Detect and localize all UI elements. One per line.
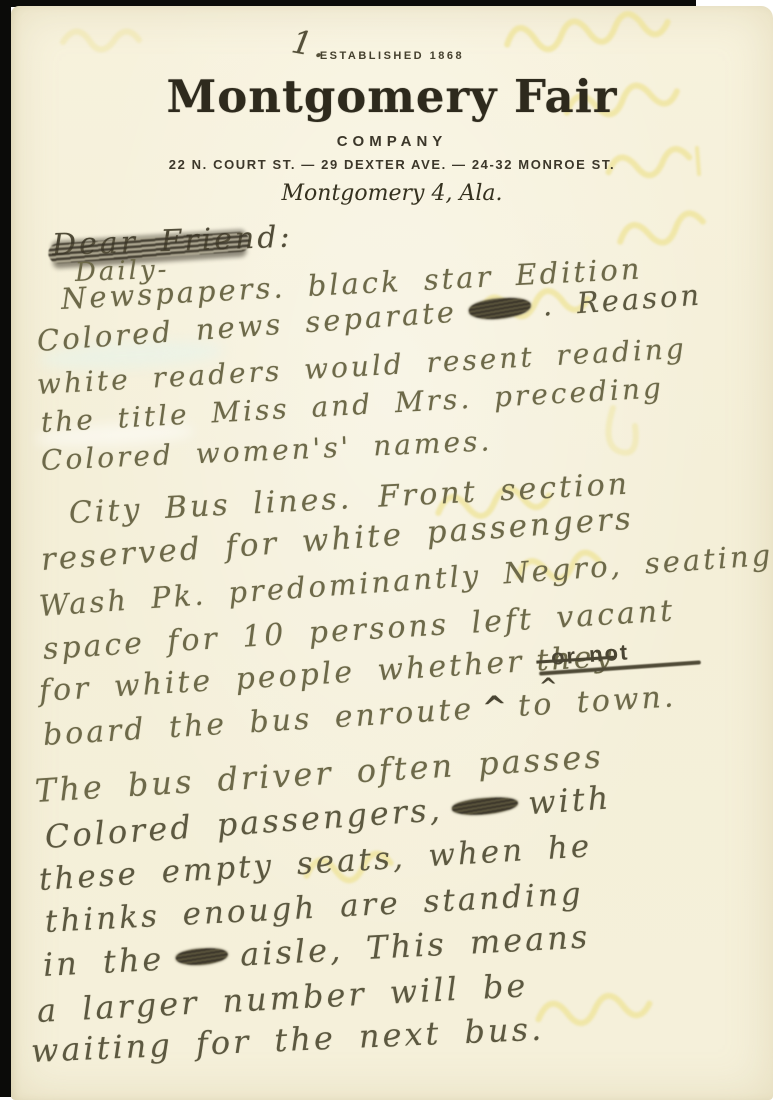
company-name: Montgomery Fair	[11, 70, 773, 123]
letterhead: ESTABLISHED 1868 Montgomery Fair COMPANY…	[11, 50, 773, 206]
scan-edge-left	[0, 0, 11, 1097]
established-line: ESTABLISHED 1868	[11, 50, 773, 62]
letter-paper: 1. ESTABLISHED 1868 Montgomery Fair COMP…	[11, 6, 773, 1100]
scribbled-out-word	[468, 297, 531, 321]
hw-text: in the	[42, 940, 165, 984]
scribbled-out-word	[452, 796, 519, 817]
hw-text: with	[527, 778, 613, 822]
city-line: Montgomery 4, Ala.	[11, 181, 773, 206]
address-line: 22 N. COURT ST. — 29 DEXTER AVE. — 24-32…	[11, 157, 773, 172]
insertion-caret: ^	[481, 689, 511, 726]
scribbled-out-word	[176, 947, 229, 966]
company-word: COMPANY	[11, 133, 773, 150]
